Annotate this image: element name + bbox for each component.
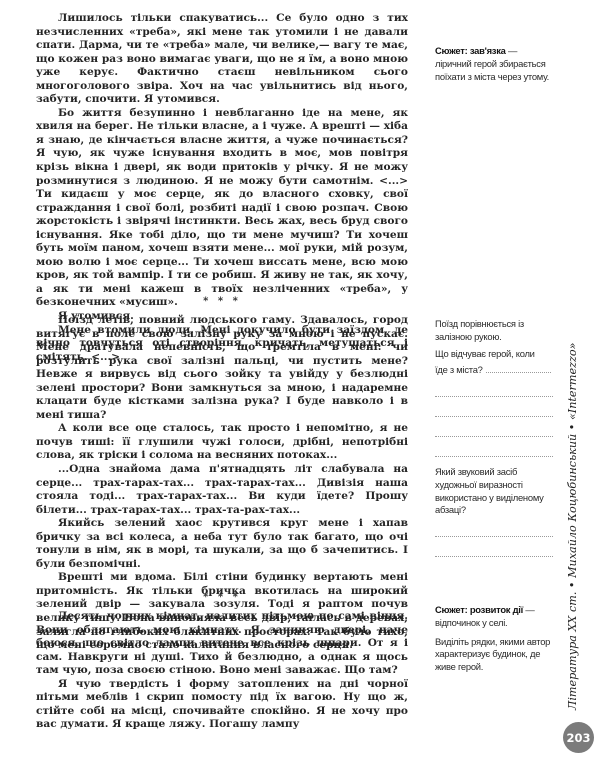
note-label: Сюжет: розвиток дії bbox=[435, 604, 523, 615]
answer-line[interactable] bbox=[435, 417, 553, 437]
answer-line[interactable] bbox=[435, 517, 553, 537]
answer-line[interactable] bbox=[435, 377, 553, 397]
page-number-badge: 203 bbox=[563, 722, 594, 753]
margin-note-plot-development: Сюжет: розвиток дії — відпочинок у селі.… bbox=[435, 604, 553, 674]
paragraph-highlighted: ...Одна знайома дама п'ятнадцять літ сла… bbox=[36, 463, 408, 517]
question-text: Що відчуває герой, коли bbox=[435, 348, 553, 361]
question-text: їде з міста? bbox=[435, 364, 483, 375]
answer-line[interactable] bbox=[435, 397, 553, 417]
task-text: Виділіть рядки, якими автор характеризує… bbox=[435, 636, 553, 674]
answer-line[interactable] bbox=[435, 437, 553, 457]
answer-line[interactable] bbox=[435, 537, 553, 557]
margin-question-sound-device: Який звуковий засіб художньої виразності… bbox=[435, 466, 553, 557]
question-text: Поїзд порівнюється із залізною рукою. bbox=[435, 318, 553, 344]
section-separator: * * * bbox=[36, 592, 408, 603]
text-section-3: Десять чорних кімнат, налитих пітьмою по… bbox=[36, 610, 408, 732]
margin-note-plot-setup: Сюжет: зав'язка — ліричний герой збираєт… bbox=[435, 45, 553, 83]
question-text: Який звуковий засіб художньої виразності… bbox=[435, 466, 553, 517]
paragraph: Бо життя безупинно і невблаганно іде на … bbox=[36, 107, 408, 310]
paragraph: Лишилось тільки спакуватись... Се було о… bbox=[36, 12, 408, 107]
note-label: Сюжет: зав'язка bbox=[435, 45, 506, 56]
paragraph: А коли все оце сталось, так просто і неп… bbox=[36, 422, 408, 463]
paragraph: Десять чорних кімнат, налитих пітьмою по… bbox=[36, 610, 408, 678]
paragraph: Якийсь зелений хаос крутився круг мене і… bbox=[36, 517, 408, 571]
answer-line[interactable] bbox=[486, 372, 551, 373]
margin-question-train: Поїзд порівнюється із залізною рукою. Що… bbox=[435, 318, 553, 457]
text-section-1: Лишилось тільки спакуватись... Се було о… bbox=[36, 12, 408, 364]
section-separator: * * * bbox=[36, 296, 408, 307]
running-header: Література XX ст. • Михайло Коцюбинський… bbox=[566, 365, 579, 710]
paragraph: Я чую твердість і форму затоплених на дн… bbox=[36, 678, 408, 732]
paragraph: Поїзд летів, повний людського гаму. Здав… bbox=[36, 314, 408, 422]
